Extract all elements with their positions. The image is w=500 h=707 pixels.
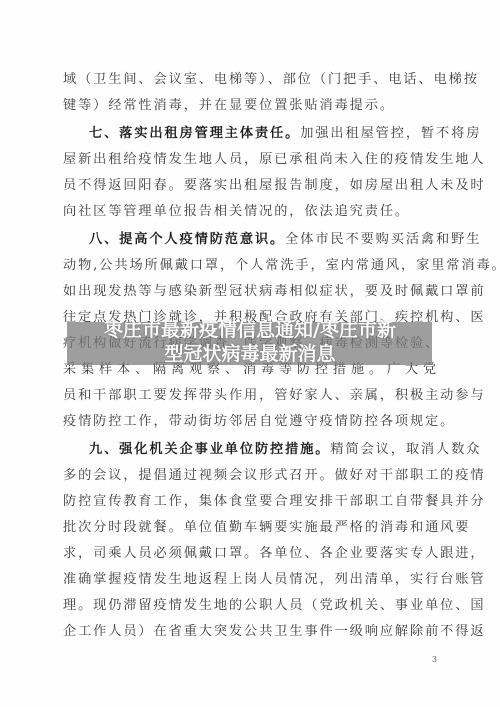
text-line: 动物,公共场所佩戴口罩，个人常洗手，室内常通风，家里常消毒。 <box>63 253 438 279</box>
text-line: 员和干部职工要发挥带头作用，管好家人、亲属，积极主动参与 <box>63 383 438 409</box>
overlay-title-line-1: 枣庄市最新疫情信息通知/枣庄市新 <box>0 318 500 342</box>
text-line: 批次分时段就餐。单位值勤车辆要实施最严格的消毒和通风要 <box>63 515 438 541</box>
line-text: 员和干部职工要发挥带头作用，管好家人、亲属，积极主动参与 <box>63 388 485 403</box>
text-line: 员不得返回阳春。要落实出租屋报告制度，如房屋出租人未及时 <box>63 173 438 199</box>
text-line: 七、落实出租房管理主体责任。加强出租屋管控，暂不将房 <box>89 121 438 147</box>
text-line: 疫情防控工作，带动街坊邻居自觉遵守疫情防控各项规定。 <box>63 409 438 435</box>
text-line: 理。现仍滞留疫情发生地的公职人员（党政机关、事业单位、国 <box>63 593 438 619</box>
line-text: 动物,公共场所佩戴口罩，个人常洗手，室内常通风，家里常消毒。 <box>63 258 500 273</box>
line-text: 域（卫生间、会议室、电梯等）、部位（门把手、电话、电梯按 <box>63 72 479 87</box>
text-line: 八、提高个人疫情防范意识。全体市民不要购买活禽和野生 <box>89 227 438 253</box>
text-line: 键等）经常性消毒，并在显要位置张贴消毒提示。 <box>63 93 438 119</box>
section-heading: 七、落实出租房管理主体责任。 <box>89 126 300 141</box>
line-text: 精简会议，取消人数众 <box>330 442 481 457</box>
page-number: 3 <box>432 655 437 664</box>
overlay-title: 枣庄市最新疫情信息通知/枣庄市新 型冠状病毒最新消息 <box>0 318 500 366</box>
line-text: 员不得返回阳春。要落实出租屋报告制度，如房屋出租人未及时 <box>63 178 485 193</box>
line-text: 全体市民不要购买活禽和野生 <box>285 232 481 247</box>
text-line: 九、强化机关企事业单位防控措施。精简会议，取消人数众 <box>89 437 438 463</box>
text-line: 准确掌握疫情发生地返程上岗人员情况，列出清单，实行台账管 <box>63 567 438 593</box>
section-heading: 九、强化机关企事业单位防控措施。 <box>89 442 330 457</box>
line-text: 企工作人员）在省重大突发公共卫生事件一级响应解除前不得返 <box>63 624 485 639</box>
text-line: 域（卫生间、会议室、电梯等）、部位（门把手、电话、电梯按 <box>63 67 438 93</box>
line-text: 多的会议，提倡通过视频会议形式召开。做好对干部职工的疫情 <box>63 468 485 483</box>
line-text: 加强出租屋管控，暂不将房 <box>300 126 481 141</box>
text-line: 防控宣传教育工作，集体食堂要合理安排干部职工自带餐具并分 <box>63 489 438 515</box>
line-text: 键等）经常性消毒，并在显要位置张贴消毒提示。 <box>63 98 395 113</box>
line-text: 准确掌握疫情发生地返程上岗人员情况，列出清单，实行台账管 <box>63 572 485 587</box>
text-line: 屋新出租给疫情发生地人员，原已承租尚未入住的疫情发生地人 <box>63 147 438 173</box>
section-heading: 八、提高个人疫情防范意识。 <box>89 232 285 247</box>
text-line: 如出现发热等与感染新型冠状病毒相似症状，要及时佩戴口罩前 <box>63 279 438 305</box>
text-line: 向社区等管理单位报告相关情况的，依法追究责任。 <box>63 199 438 225</box>
line-text: 如出现发热等与感染新型冠状病毒相似症状，要及时佩戴口罩前 <box>63 284 485 299</box>
text-line: 求，司乘人员必须佩戴口罩。各单位、各企业要落实专人跟进， <box>63 541 438 567</box>
overlay-title-line-2: 型冠状病毒最新消息 <box>0 342 500 366</box>
line-text: 求，司乘人员必须佩戴口罩。各单位、各企业要落实专人跟进， <box>63 546 485 561</box>
line-text: 向社区等管理单位报告相关情况的，依法追究责任。 <box>63 204 410 219</box>
line-text: 防控宣传教育工作，集体食堂要合理安排干部职工自带餐具并分 <box>63 494 485 509</box>
line-text: 批次分时段就餐。单位值勤车辆要实施最严格的消毒和通风要 <box>63 520 470 535</box>
line-text: 理。现仍滞留疫情发生地的公职人员（党政机关、事业单位、国 <box>63 598 485 613</box>
text-line: 多的会议，提倡通过视频会议形式召开。做好对干部职工的疫情 <box>63 463 438 489</box>
line-text: 屋新出租给疫情发生地人员，原已承租尚未入住的疫情发生地人 <box>63 152 485 167</box>
text-line: 企工作人员）在省重大突发公共卫生事件一级响应解除前不得返 <box>63 619 438 645</box>
line-text: 疫情防控工作，带动街坊邻居自觉遵守疫情防控各项规定。 <box>63 414 455 429</box>
